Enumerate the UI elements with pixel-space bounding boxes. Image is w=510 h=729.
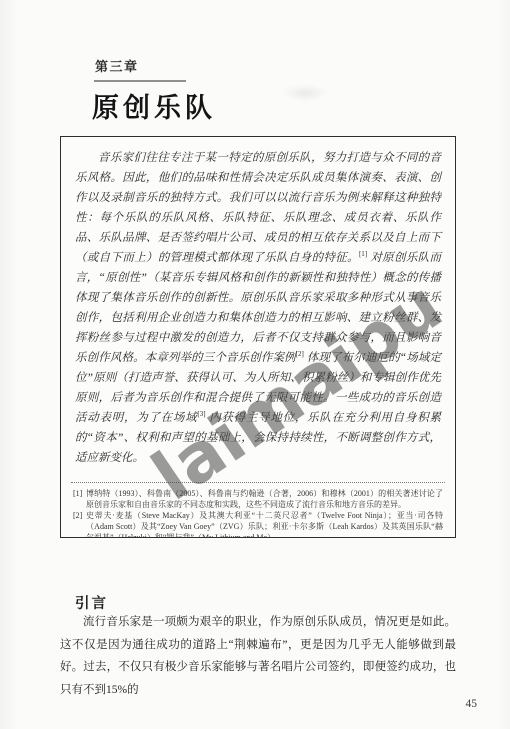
intro-paragraph: 流行音乐家是一项颇为艰辛的职业，作为原创乐队成员，情况更是如此。这不仅是因为通往…: [60, 611, 456, 701]
section-heading-introduction: 引言: [75, 592, 108, 613]
book-page: 第三章 原创乐队 音乐家们往往专注于某一特定的原创乐队，努力打造与众不同的音乐风…: [0, 0, 510, 729]
footnote-1: [1] 博纳特（1993）、科鲁南（2005）、科鲁南与约翰逊（合著，2006）…: [73, 488, 443, 510]
footnote-1-text: 博纳特（1993）、科鲁南（2005）、科鲁南与约翰逊（合著，2006）和穆林（…: [86, 489, 443, 509]
chapter-label: 第三章: [95, 56, 139, 75]
scan-smudge: [282, 84, 328, 102]
page-number: 45: [466, 698, 478, 710]
footnote-2: [2] 史蒂夫·麦基（Steve MacKay）及其澳大利亚“十二英尺忍者”（T…: [73, 510, 443, 538]
footnote-1-marker: [1]: [73, 488, 82, 499]
excerpt-box: 音乐家们往往专注于某一特定的原创乐队，努力打造与众不同的音乐风格。因此，他们的品…: [60, 136, 456, 538]
excerpt-paragraph: 音乐家们往往专注于某一特定的原创乐队，努力打造与众不同的音乐风格。因此，他们的品…: [75, 148, 441, 468]
footnote-2-marker: [2]: [73, 510, 82, 521]
footnotes: [1] 博纳特（1993）、科鲁南（2005）、科鲁南与约翰逊（合著，2006）…: [73, 488, 443, 538]
footnote-2-text: 史蒂夫·麦基（Steve MacKay）及其澳大利亚“十二英尺忍者”（Twelv…: [86, 511, 443, 538]
footnote-separator: [71, 482, 445, 483]
page-title: 原创乐队: [92, 86, 216, 125]
chapter-rule: [94, 80, 186, 82]
